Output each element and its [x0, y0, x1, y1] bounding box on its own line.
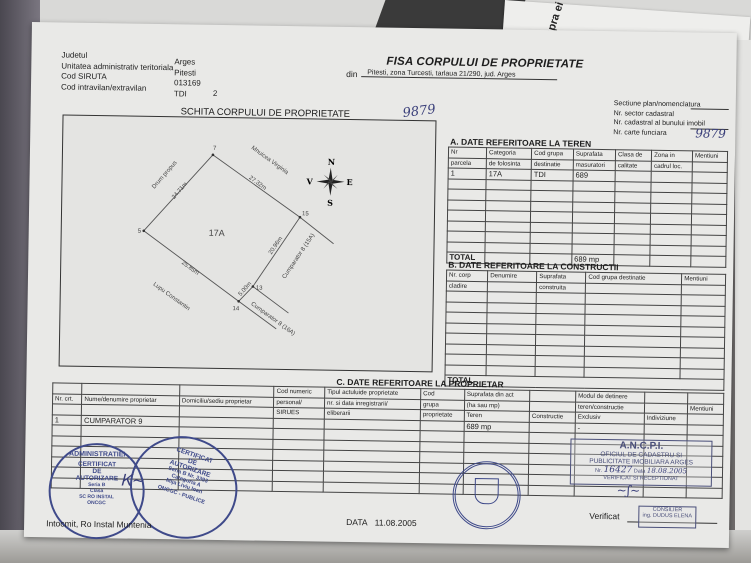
land-table: NrCategoriaCod grupaSuprafataClasa deZon… — [446, 147, 728, 268]
value-siruta: 013169 — [174, 78, 201, 89]
document-title: FISA CORPULUI DE PROPRIETATE — [386, 56, 583, 71]
svg-text:17A: 17A — [209, 228, 225, 238]
stamp-oncgc-round — [452, 461, 521, 530]
stamp-ancpi: A.N.C.P.I. OFICIUL DE CADASTRU SI PUBLIC… — [570, 439, 713, 487]
location-value: Pitesti, zona Turcesti, tarlaua 21/290, … — [361, 69, 557, 80]
svg-text:24.71m: 24.71m — [171, 182, 189, 201]
header-values: Arges Pitesti 013169 TDI — [174, 57, 201, 99]
svg-text:V: V — [305, 176, 313, 186]
verified-label: Verificat — [589, 511, 619, 521]
svg-text:27.32m: 27.32m — [247, 175, 267, 192]
date-value: 11.08.2005 — [375, 517, 417, 528]
property-sketch: 5 7 15 13 14 17A 24.71m 27.32m 25.85m 20… — [59, 114, 437, 372]
value-judet: Arges — [174, 57, 201, 68]
property-document: Judetul Unitatea administrativ teritoria… — [24, 22, 737, 548]
signature-ancpi: ~ʃ~ — [617, 483, 641, 497]
value-intravilan: TDI — [174, 89, 201, 100]
svg-text:5: 5 — [138, 229, 142, 235]
svg-text:E: E — [346, 177, 352, 187]
svg-text:14: 14 — [232, 306, 239, 312]
value-intravilan-count: 2 — [213, 89, 218, 98]
svg-text:S: S — [327, 198, 333, 208]
background-right — [735, 40, 751, 540]
svg-text:15: 15 — [302, 211, 309, 217]
prepared-by: Intocmit, Ro Instal Muntenia — [46, 518, 152, 530]
cadastral-labels: Sectiune plan/nomenclatura Nr. sector ca… — [613, 99, 705, 138]
svg-text:5.00m: 5.00m — [238, 281, 253, 298]
svg-text:Mnuicea Virginia: Mnuicea Virginia — [250, 145, 290, 176]
date-label: DATA — [346, 517, 368, 527]
handwritten-carte-funciara: 9879 — [695, 126, 726, 140]
svg-text:Drum propus: Drum propus — [151, 160, 178, 190]
label-intravilan: Cod intravilan/extravilan — [61, 82, 173, 94]
compass-rose-icon: N S E V — [305, 156, 353, 208]
svg-text:13: 13 — [256, 286, 263, 292]
stamp-consilier: CONSILIER ing. DUDUS ELENA — [638, 506, 696, 529]
svg-text:Lupu Constantin: Lupu Constantin — [152, 282, 191, 312]
value-uat: Pitesti — [174, 68, 201, 79]
svg-text:25.85m: 25.85m — [180, 260, 200, 277]
construction-table: Nr. corpDenumireSuprafataCod grupa desti… — [444, 270, 726, 391]
coat-of-arms-icon — [474, 478, 498, 504]
parcel-sketch-drawing: 5 7 15 13 14 17A 24.71m 27.32m 25.85m 20… — [60, 116, 436, 372]
svg-text:Cumparator 8 (16A): Cumparator 8 (16A) — [249, 301, 295, 337]
signature-intocmit: Ꮶ~ — [121, 470, 146, 490]
svg-text:7: 7 — [213, 146, 217, 152]
svg-text:N: N — [328, 157, 335, 167]
din-label: din — [346, 69, 357, 79]
handwritten-number: 9879 — [402, 102, 437, 121]
header-labels: Judetul Unitatea administrativ teritoria… — [61, 50, 174, 94]
svg-text:Cumparator 8 (15A): Cumparator 8 (15A) — [282, 233, 317, 280]
